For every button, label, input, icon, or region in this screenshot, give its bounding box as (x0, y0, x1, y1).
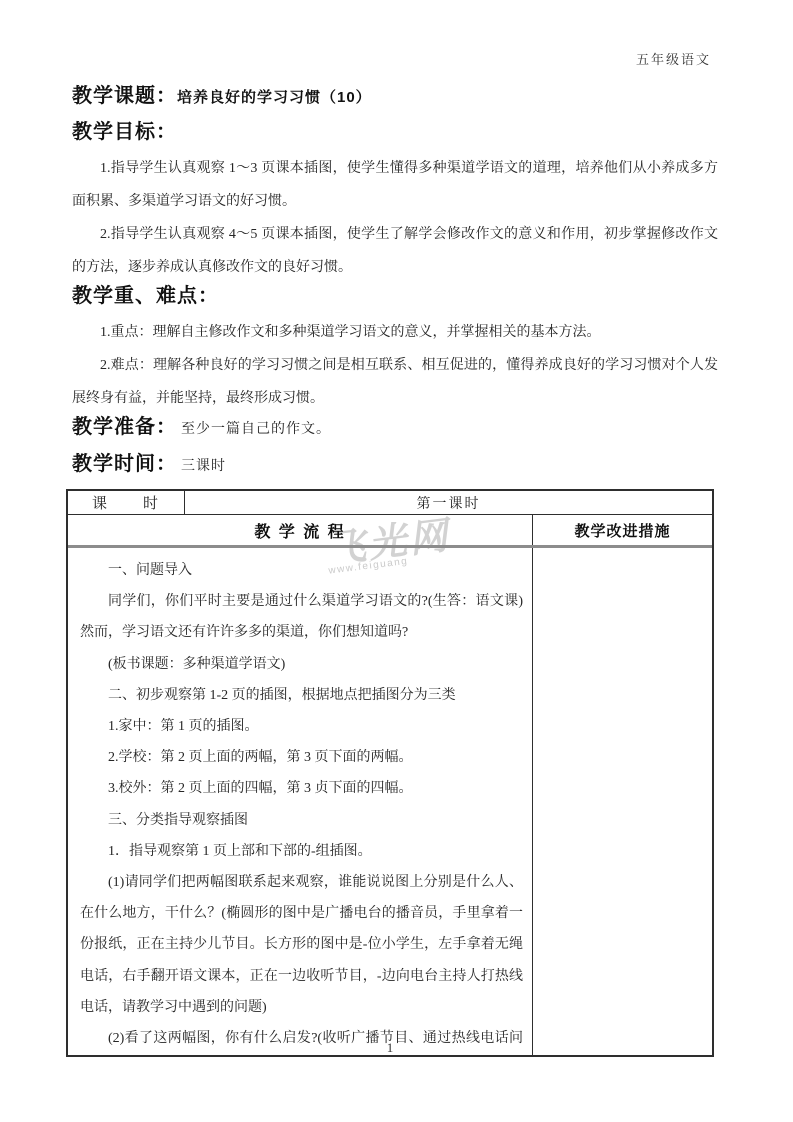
preparation-label: 教学准备： (72, 416, 177, 438)
time-value: 三课时 (181, 459, 226, 474)
improve-measures-cell (533, 548, 712, 1055)
paragraph: 3.校外：第 2 页上面的四幅，第 3 贞下面的四幅。 (80, 773, 523, 804)
paragraph: 1.家中：第 1 页的插图。 (80, 711, 523, 742)
goals-paragraphs: 1.指导学生认真观察 1～3 页课本插图，使学生懂得多种渠道学语文的道理，培养他… (72, 152, 718, 284)
goals-heading-text: 教学目标： (72, 121, 177, 143)
paragraph: 1.指导学生认真观察 1～3 页课本插图，使学生懂得多种渠道学语文的道理，培养他… (72, 152, 718, 218)
paragraph: 1．指导观察第 1 页上部和下部的-组插图。 (80, 836, 523, 867)
table-row-headers: 教 学 流 程 教学改进措施 (68, 515, 712, 548)
paragraph: 一、问题导入 (80, 555, 523, 586)
lesson-label-cell: 课 时 (68, 491, 185, 514)
grade-subject-label: 五年级语文 (636, 49, 711, 68)
page-number: 1 (66, 1040, 714, 1056)
keypoints-heading-text: 教学重、难点： (72, 285, 219, 307)
preparation-value: 至少一篇自己的作文。 (181, 422, 331, 437)
table-row-lesson: 课 时 第一课时 (68, 491, 712, 515)
paragraph: 1.重点：理解自主修改作文和多种渠道学习语文的意义，并掌握相关的基本方法。 (72, 316, 718, 349)
lesson-topic-row: 教学课题：培养良好的学习习惯（10） (72, 82, 718, 112)
paragraph: 二、初步观察第 1-2 页的插图，根据地点把插图分为三类 (80, 680, 523, 711)
paragraph: (板书课题：多种渠道学语文) (80, 649, 523, 680)
time-label: 教学时间： (72, 453, 177, 475)
document-content: 教学课题：培养良好的学习习惯（10） 教学目标： 1.指导学生认真观察 1～3 … (72, 82, 718, 1057)
time-row: 教学时间： 三课时 (72, 450, 718, 481)
goals-heading: 教学目标： (72, 118, 718, 148)
paragraph: 2.难点：理解各种良好的学习习惯之间是相互联系、相互促进的，懂得养成良好的学习习… (72, 349, 718, 415)
topic-value: 培养良好的学习习惯（10） (177, 89, 372, 106)
teaching-flow-cell: 一、问题导入同学们，你们平时主要是通过什么渠道学习语文的?(生答：语文课)然而，… (68, 548, 533, 1055)
lesson-plan-table: 课 时 第一课时 教 学 流 程 教学改进措施 一、问题导入同学们，你们平时主要… (66, 489, 714, 1057)
document-page: 五年级语文 飞光网 www.feiguang 教学课题：培养良好的学习习惯（10… (0, 0, 793, 1122)
preparation-row: 教学准备： 至少一篇自己的作文。 (72, 413, 718, 444)
flow-header-cell: 教 学 流 程 (68, 515, 533, 545)
table-row-body: 一、问题导入同学们，你们平时主要是通过什么渠道学习语文的?(生答：语文课)然而，… (68, 548, 712, 1055)
topic-label: 教学课题： (72, 85, 177, 107)
paragraph: 2.指导学生认真观察 4～5 页课本插图，使学生了解学会修改作文的意义和作用，初… (72, 218, 718, 284)
paragraph: (1)请同学们把两幅图联系起来观察，谁能说说图上分别是什么人、在什么地方，干什么… (80, 867, 523, 1023)
keypoints-heading: 教学重、难点： (72, 282, 718, 312)
keypoints-paragraphs: 1.重点：理解自主修改作文和多种渠道学习语文的意义，并掌握相关的基本方法。2.难… (72, 316, 718, 415)
paragraph: 三、分类指导观察插图 (80, 805, 523, 836)
paragraph: 2.学校：第 2 页上面的两幅，第 3 页下面的两幅。 (80, 742, 523, 773)
paragraph: 同学们，你们平时主要是通过什么渠道学习语文的?(生答：语文课)然而，学习语文还有… (80, 586, 523, 648)
lesson-value-cell: 第一课时 (185, 491, 712, 514)
improve-header-cell: 教学改进措施 (533, 515, 712, 545)
